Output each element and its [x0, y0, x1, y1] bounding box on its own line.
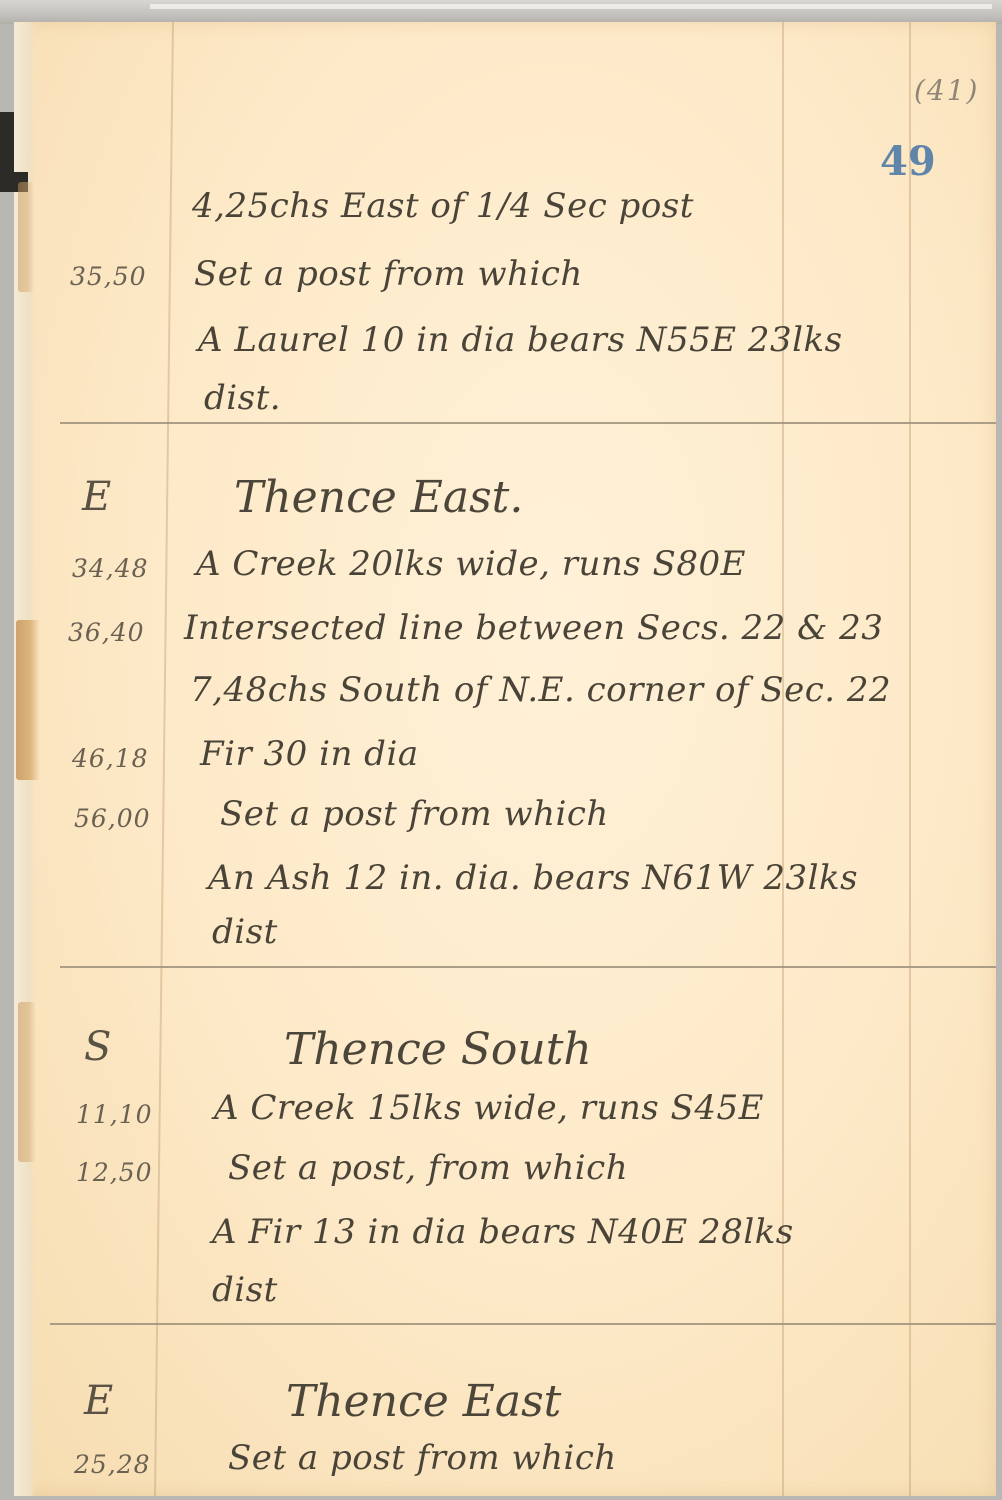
section-divider: [60, 422, 996, 424]
entry-distance: 25,28: [74, 1450, 151, 1479]
entry-text: A Creek 15lks wide, runs S45E: [214, 1088, 764, 1128]
scanner-top-strip: [0, 0, 1002, 24]
section-heading: Thence East: [286, 1376, 561, 1427]
entry-text: Set a post from which: [220, 794, 609, 834]
entry-text: A Creek 20lks wide, runs S80E: [196, 544, 746, 584]
entry-text: Set a post from which: [194, 254, 583, 294]
entry-text: Set a post from which: [228, 1438, 617, 1478]
margin-column-rule: [909, 22, 911, 1496]
entry-text: A Fir 13 in dia bears N40E 28lks: [212, 1212, 794, 1252]
entry-text: dist.: [204, 378, 281, 418]
section-heading: Thence East.: [234, 472, 523, 523]
entry-text: 4,25chs East of 1/4 Sec post: [192, 186, 694, 226]
entry-distance: 34,48: [72, 554, 149, 583]
entry-distance: 56,00: [74, 804, 151, 833]
entry-text: An Ash 12 in. dia. bears N61W 23lks: [208, 858, 858, 898]
page-stain: [18, 1002, 36, 1162]
entry-text: Set a post, from which: [228, 1148, 628, 1188]
section-divider: [50, 1323, 996, 1325]
original-page-number: (41): [914, 74, 979, 107]
page-stain: [18, 182, 34, 292]
page-stain: [16, 620, 40, 780]
scanner-highlight: [150, 4, 992, 9]
section-direction: S: [84, 1024, 111, 1070]
entry-text: dist: [212, 1270, 278, 1310]
entry-distance: 46,18: [72, 744, 149, 773]
entry-distance: 35,50: [70, 262, 147, 291]
notes-column-rule: [782, 22, 784, 1496]
section-direction: E: [84, 1378, 113, 1424]
entry-text: Intersected line between Secs. 22 & 23: [184, 608, 883, 648]
section-divider: [60, 966, 996, 968]
entry-distance: 36,40: [68, 618, 145, 647]
section-direction: E: [82, 474, 111, 520]
entry-distance: 11,10: [76, 1100, 153, 1129]
distance-column-rule: [154, 22, 174, 1496]
entry-distance: 12,50: [76, 1158, 153, 1187]
section-heading: Thence South: [284, 1024, 592, 1075]
stamped-page-number: 49: [880, 138, 936, 185]
entry-text: 7,48chs South of N.E. corner of Sec. 22: [190, 670, 891, 710]
entry-text: A Laurel 10 in dia bears N55E 23lks: [198, 320, 843, 360]
entry-text: dist: [212, 912, 278, 952]
entry-text: Fir 30 in dia: [200, 734, 419, 774]
notebook-page: (41) 49 4,25chs East of 1/4 Sec post 35,…: [14, 22, 996, 1496]
